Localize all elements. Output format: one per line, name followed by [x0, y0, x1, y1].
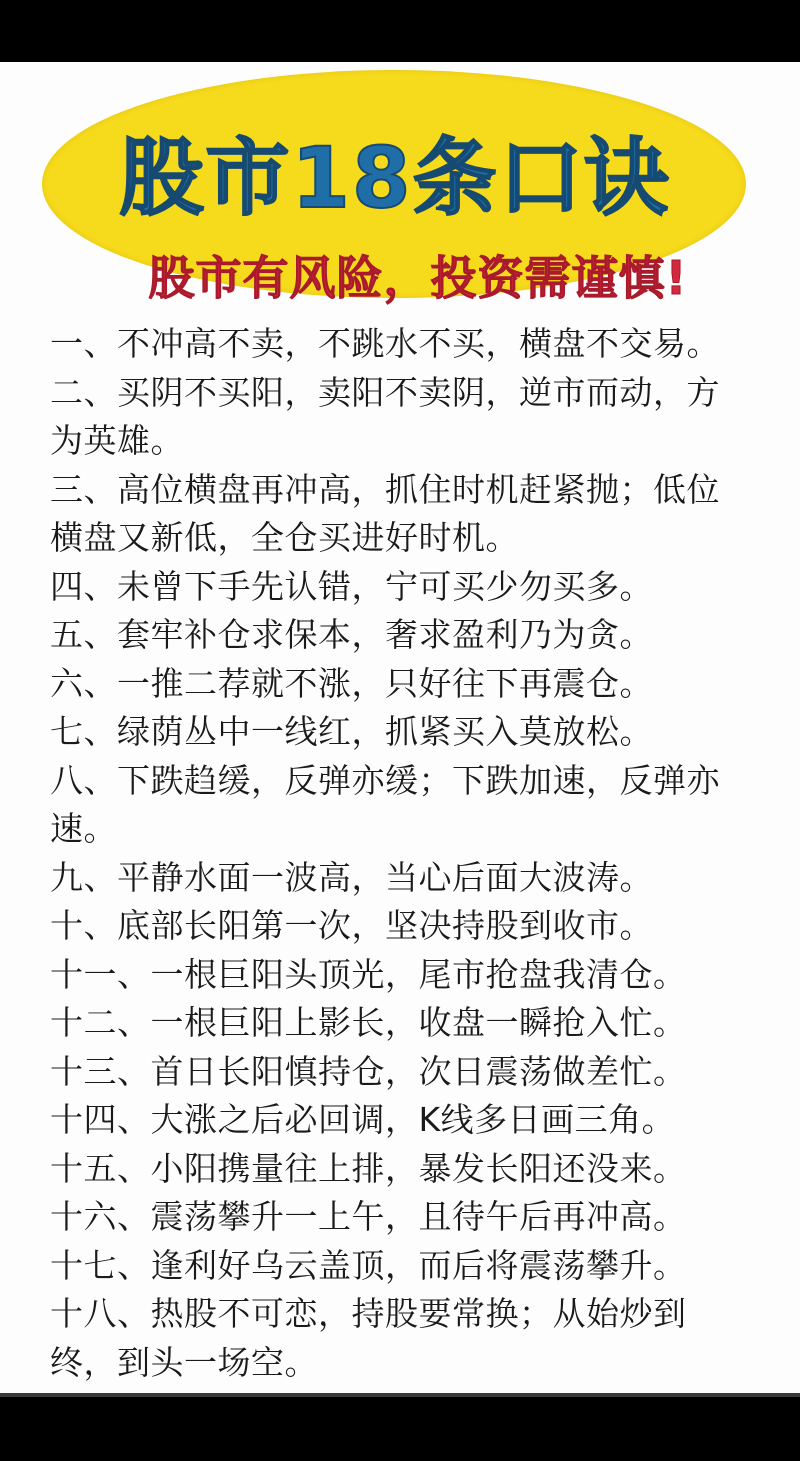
rule-line: 六、一推二荐就不涨，只好往下再震仓。 — [50, 660, 750, 709]
rule-line: 横盘又新低，全仓买进好时机。 — [50, 514, 750, 563]
rule-line: 一、不冲高不卖，不跳水不买，横盘不交易。 — [50, 320, 750, 369]
rule-line: 十五、小阳携量往上排，暴发长阳还没来。 — [50, 1145, 750, 1194]
rule-line: 十三、首日长阳慎持仓，次日震荡做差忙。 — [50, 1048, 750, 1097]
rule-line: 十一、一根巨阳头顶光，尾市抢盘我清仓。 — [50, 951, 750, 1000]
bottom-black-bar — [0, 1393, 800, 1461]
rule-line: 十六、震荡攀升一上午，且待午后再冲高。 — [50, 1193, 750, 1242]
rule-line: 十七、逢利好乌云盖顶，而后将震荡攀升。 — [50, 1242, 750, 1291]
rule-line: 九、平静水面一波高，当心后面大波涛。 — [50, 854, 750, 903]
page-title: 股市18条口诀 — [0, 128, 790, 228]
rule-line: 五、套牢补仓求保本，奢求盈利乃为贪。 — [50, 611, 750, 660]
top-black-bar — [0, 0, 800, 62]
rule-line: 终，到头一场空。 — [50, 1339, 750, 1388]
rule-line: 十四、大涨之后必回调，K线多日画三角。 — [50, 1096, 750, 1145]
rule-line: 十、底部长阳第一次，坚决持股到收市。 — [50, 902, 750, 951]
rule-line: 十二、一根巨阳上影长，收盘一瞬抢入忙。 — [50, 999, 750, 1048]
rule-line: 七、绿荫丛中一线红，抓紧买入莫放松。 — [50, 708, 750, 757]
rules-list: 一、不冲高不卖，不跳水不买，横盘不交易。 二、买阴不买阳，卖阳不卖阴，逆市而动，… — [50, 320, 750, 1387]
rule-line: 八、下跌趋缓，反弹亦缓；下跌加速，反弹亦 — [50, 757, 750, 806]
rule-line: 四、未曾下手先认错，宁可买少勿买多。 — [50, 563, 750, 612]
rule-line: 三、高位横盘再冲高，抓住时机赶紧抛；低位 — [50, 466, 750, 515]
rule-line: 速。 — [50, 805, 750, 854]
rule-line: 十八、热股不可恋，持股要常换；从始炒到 — [50, 1290, 750, 1339]
rule-line: 二、买阴不买阳，卖阳不卖阴，逆市而动，方 — [50, 369, 750, 418]
risk-warning-subtitle: 股市有风险，投资需谨慎! — [0, 250, 800, 306]
rule-line: 为英雄。 — [50, 417, 750, 466]
